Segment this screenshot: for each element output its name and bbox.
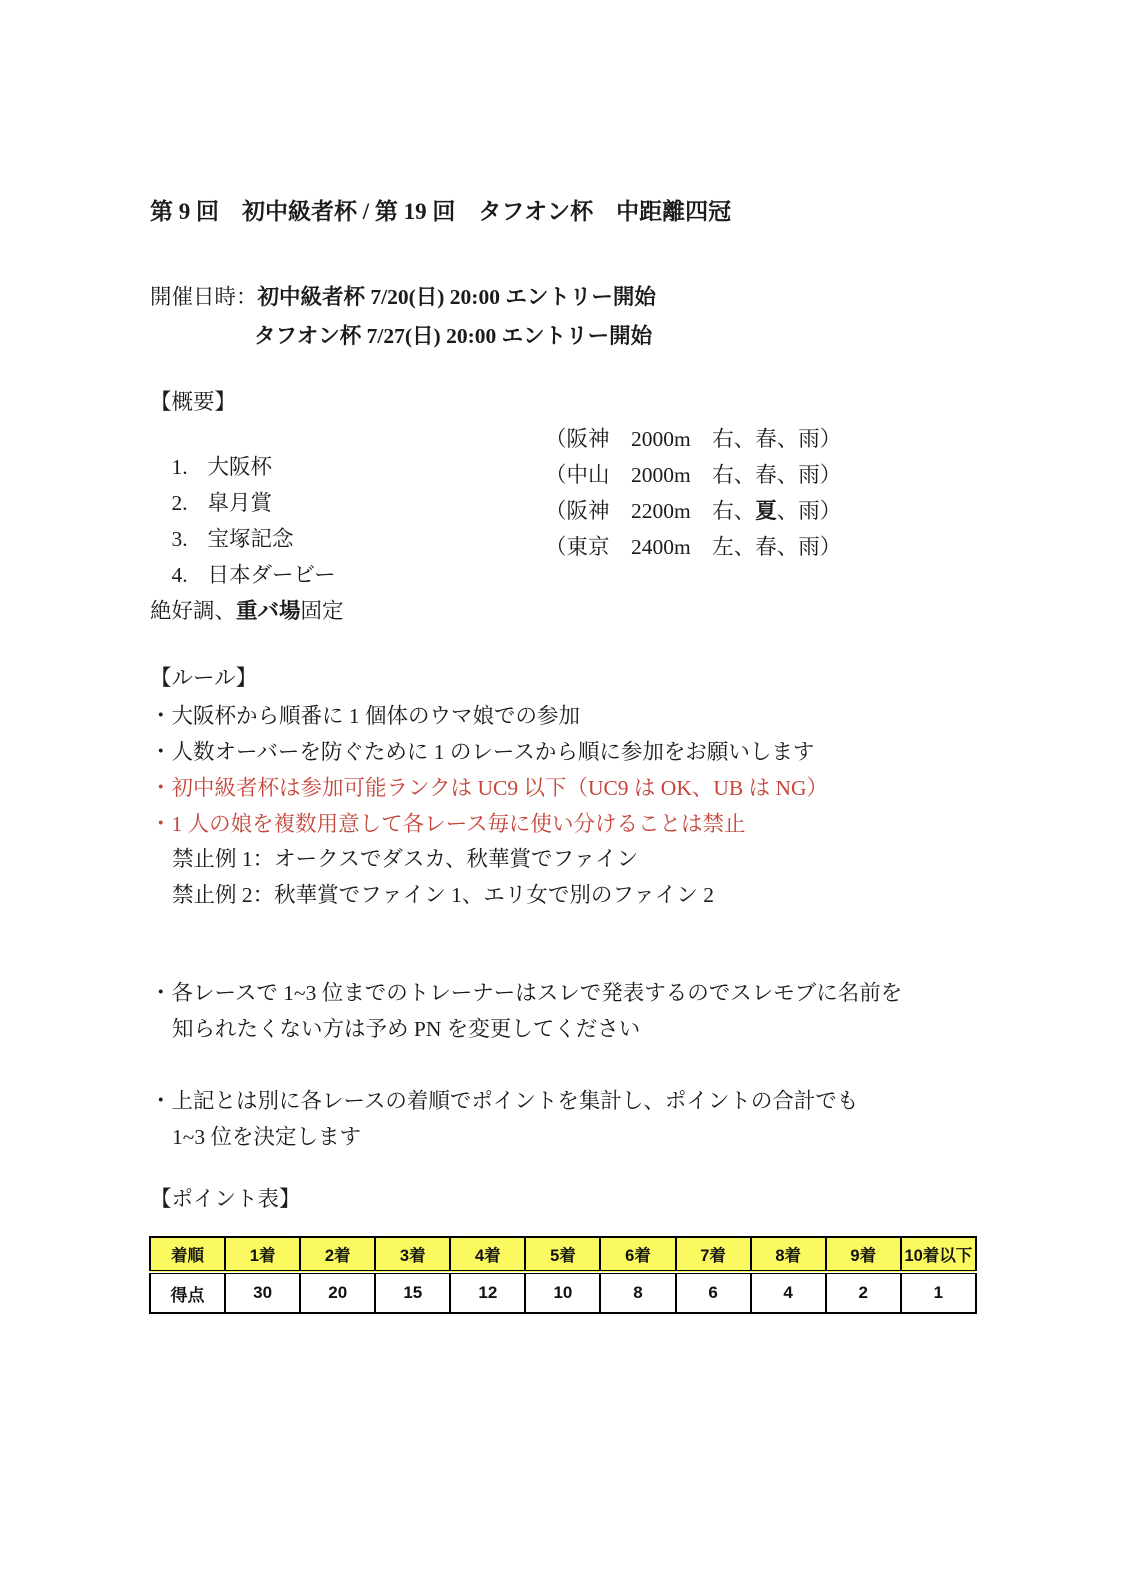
document-page: 第 9 回 初中級者杯 / 第 19 回 タフオン杯 中距離四冠 開催日時：初中… bbox=[0, 0, 1137, 1578]
points-value-cell: 15 bbox=[375, 1272, 450, 1313]
schedule-line-1: 開催日時：初中級者杯 7/20(日) 20:00 エントリー開始 bbox=[150, 283, 656, 311]
note-points-line-1: ・上記とは別に各レースの着順でポイントを集計し、ポイントの合計でも bbox=[150, 1087, 858, 1115]
rule-item-2: ・人数オーバーを防ぐために 1 のレースから順に参加をお願いします bbox=[150, 738, 814, 766]
note-announce-line-2: 知られたくない方は予め PN を変更してください bbox=[172, 1015, 640, 1043]
race-detail-post: 、雨） bbox=[777, 535, 842, 559]
race-name: 日本ダービー bbox=[208, 563, 336, 587]
race-season: 春 bbox=[755, 463, 777, 487]
forbidden-example-1: 禁止例 1：オークスでダスカ、秋華賞でファイン bbox=[172, 845, 638, 873]
forbidden-example-2: 禁止例 2：秋華賞でファイン 1、エリ女で別のファイン 2 bbox=[172, 881, 714, 909]
points-value-cell: 1 bbox=[901, 1272, 976, 1313]
race-detail: （阪神 2000m 右、春、雨） bbox=[545, 425, 841, 453]
points-header-cell: 5着 bbox=[525, 1237, 600, 1272]
race-detail-pre: （中山 2000m 右、 bbox=[545, 463, 755, 487]
rule-item-1: ・大阪杯から順番に 1 個体のウマ娘での参加 bbox=[150, 702, 580, 730]
overview-heading: 【概要】 bbox=[150, 388, 236, 416]
race-detail: （東京 2400m 左、春、雨） bbox=[545, 533, 841, 561]
points-header-cell: 6着 bbox=[600, 1237, 675, 1272]
schedule-entry-beginner-cup: 初中級者杯 7/20(日) 20:00 エントリー開始 bbox=[258, 285, 656, 309]
schedule-entry-tafuon-cup: タフオン杯 7/27(日) 20:00 エントリー開始 bbox=[254, 322, 652, 350]
points-header-cell: 7着 bbox=[676, 1237, 751, 1272]
points-header-cell: 1着 bbox=[225, 1237, 300, 1272]
points-header-cell: 着順 bbox=[150, 1237, 225, 1272]
points-header-cell: 8着 bbox=[751, 1237, 826, 1272]
points-value-cell: 2 bbox=[826, 1272, 901, 1313]
points-value-cell: 10 bbox=[525, 1272, 600, 1313]
points-value-cell: 12 bbox=[450, 1272, 525, 1313]
points-value-cell: 得点 bbox=[150, 1272, 225, 1313]
race-detail-pre: （東京 2400m 左、 bbox=[545, 535, 755, 559]
note-announce-line-1: ・各レースで 1~3 位までのトレーナーはスレで発表するのでスレモブに名前を bbox=[150, 979, 902, 1007]
note-points-line-2: 1~3 位を決定します bbox=[172, 1123, 361, 1151]
points-table-value-row: 得点 30 20 15 12 10 8 6 4 2 1 bbox=[150, 1272, 976, 1313]
race-row-4: 4.日本ダービー （東京 2400m 左、春、雨） bbox=[150, 533, 1050, 645]
race-detail-post: 、雨） bbox=[777, 499, 842, 523]
race-season: 春 bbox=[755, 535, 777, 559]
points-value-cell: 8 bbox=[600, 1272, 675, 1313]
points-header-cell: 3着 bbox=[375, 1237, 450, 1272]
points-table-header-row: 着順 1着 2着 3着 4着 5着 6着 7着 8着 9着 10着以下 bbox=[150, 1237, 976, 1272]
points-value-cell: 30 bbox=[225, 1272, 300, 1313]
condition-line: 絶好調、重バ場固定 bbox=[150, 597, 344, 625]
points-value-cell: 4 bbox=[751, 1272, 826, 1313]
points-value-cell: 20 bbox=[300, 1272, 375, 1313]
race-number: 4. bbox=[172, 561, 208, 589]
document-title: 第 9 回 初中級者杯 / 第 19 回 タフオン杯 中距離四冠 bbox=[150, 193, 731, 226]
race-detail-post: 、雨） bbox=[777, 463, 842, 487]
race-season-bold: 夏 bbox=[755, 499, 777, 523]
points-header-cell: 2着 bbox=[300, 1237, 375, 1272]
race-detail-pre: （阪神 2000m 右、 bbox=[545, 427, 755, 451]
points-header-cell: 4着 bbox=[450, 1237, 525, 1272]
points-header-cell: 10着以下 bbox=[901, 1237, 976, 1272]
rule-item-4-duplicate-ban: ・1 人の娘を複数用意して各レース毎に使い分けることは禁止 bbox=[150, 810, 746, 838]
condition-post: 固定 bbox=[301, 599, 344, 623]
rules-heading: 【ルール】 bbox=[150, 664, 257, 692]
points-value-cell: 6 bbox=[676, 1272, 751, 1313]
condition-pre: 絶好調、 bbox=[150, 599, 236, 623]
race-detail-pre: （阪神 2200m 右、 bbox=[545, 499, 755, 523]
race-detail-post: 、雨） bbox=[777, 427, 842, 451]
rule-item-3-rank-restriction: ・初中級者杯は参加可能ランクは UC9 以下（UC9 は OK、UB は NG） bbox=[150, 774, 828, 802]
race-season: 春 bbox=[755, 427, 777, 451]
race-detail: （阪神 2200m 右、夏、雨） bbox=[545, 497, 841, 525]
race-detail: （中山 2000m 右、春、雨） bbox=[545, 461, 841, 489]
points-heading: 【ポイント表】 bbox=[150, 1185, 301, 1213]
points-header-cell: 9着 bbox=[826, 1237, 901, 1272]
schedule-label: 開催日時： bbox=[150, 285, 258, 309]
points-table: 着順 1着 2着 3着 4着 5着 6着 7着 8着 9着 10着以下 得点 3… bbox=[149, 1236, 977, 1314]
condition-track-state: 重バ場 bbox=[236, 599, 301, 623]
